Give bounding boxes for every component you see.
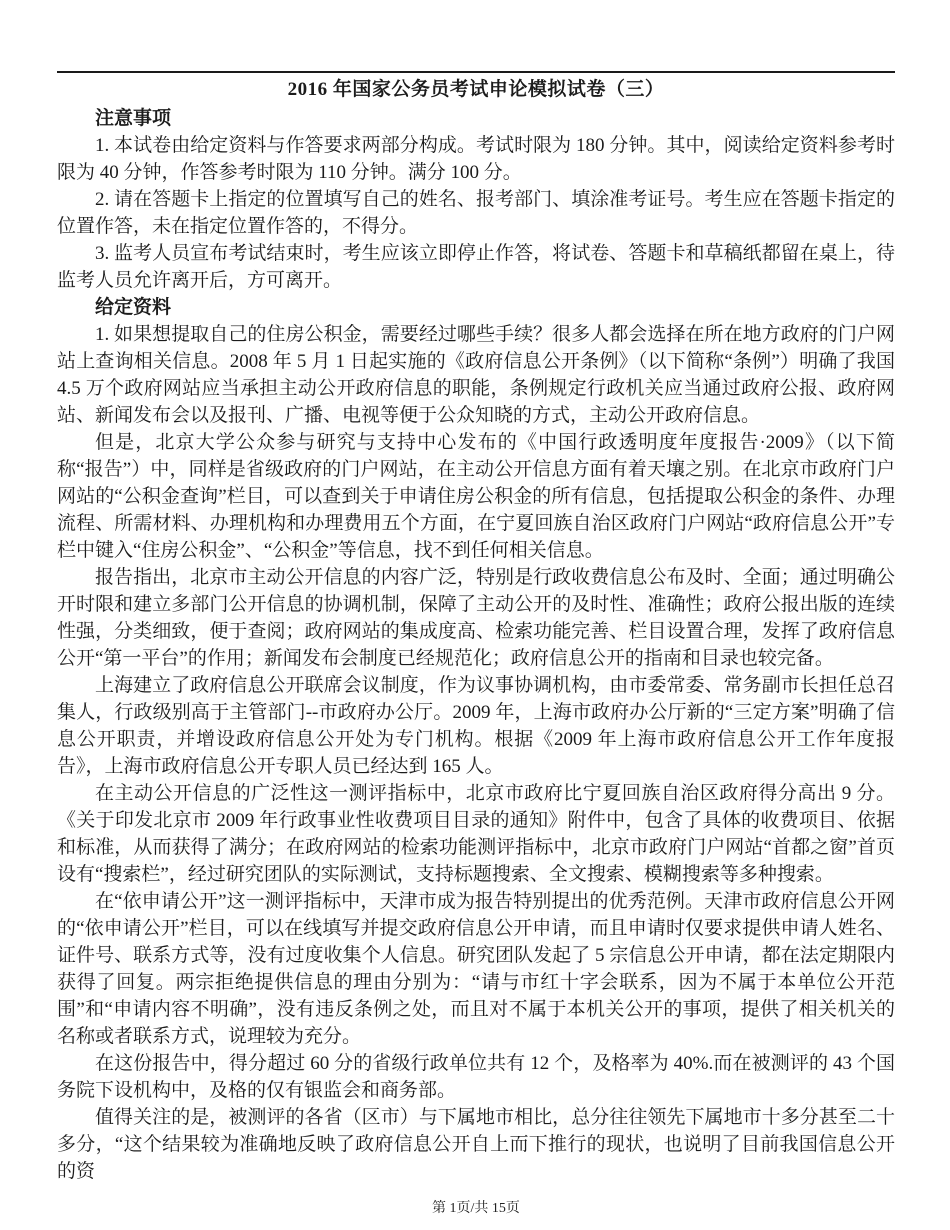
body-paragraph: 在这份报告中，得分超过 60 分的省级行政单位共有 12 个，及格率为 40%.… [57, 1050, 895, 1104]
body-paragraph: 1. 本试卷由给定资料与作答要求两部分构成。考试时限为 180 分钟。其中，阅读… [57, 132, 895, 186]
body-paragraph: 在“依申请公开”这一测评指标中，天津市成为报告特别提出的优秀范例。天津市政府信息… [57, 888, 895, 1050]
body-paragraph: 1. 如果想提取自己的住房公积金，需要经过哪些手续？很多人都会选择在所在地方政府… [57, 321, 895, 429]
document-content: 2016 年国家公务员考试申论模拟试卷（三） 注意事项1. 本试卷由给定资料与作… [57, 71, 895, 1218]
document-page: 2016 年国家公务员考试申论模拟试卷（三） 注意事项1. 本试卷由给定资料与作… [0, 0, 950, 1230]
body-paragraph: 值得关注的是，被测评的各省（区市）与下属地市相比，总分往往领先下属地市十多分甚至… [57, 1104, 895, 1185]
page-number: 第 1页/共 15页 [57, 1200, 895, 1218]
section-heading: 给定资料 [57, 294, 895, 321]
body-paragraph: 2. 请在答题卡上指定的位置填写自己的姓名、报考部门、填涂准考证号。考生应在答题… [57, 186, 895, 240]
document-body: 注意事项1. 本试卷由给定资料与作答要求两部分构成。考试时限为 180 分钟。其… [57, 105, 895, 1185]
body-paragraph: 上海建立了政府信息公开联席会议制度，作为议事协调机构，由市委常委、常务副市长担任… [57, 672, 895, 780]
header-rule [57, 71, 895, 73]
page-title: 2016 年国家公务员考试申论模拟试卷（三） [57, 77, 895, 102]
body-paragraph: 但是，北京大学公众参与研究与支持中心发布的《中国行政透明度年度报告·2009》（… [57, 429, 895, 564]
section-heading: 注意事项 [57, 105, 895, 132]
body-paragraph: 在主动公开信息的广泛性这一测评指标中，北京市政府比宁夏回族自治区政府得分高出 9… [57, 780, 895, 888]
body-paragraph: 3. 监考人员宣布考试结束时，考生应该立即停止作答，将试卷、答题卡和草稿纸都留在… [57, 240, 895, 294]
body-paragraph: 报告指出，北京市主动公开信息的内容广泛，特别是行政收费信息公布及时、全面；通过明… [57, 564, 895, 672]
